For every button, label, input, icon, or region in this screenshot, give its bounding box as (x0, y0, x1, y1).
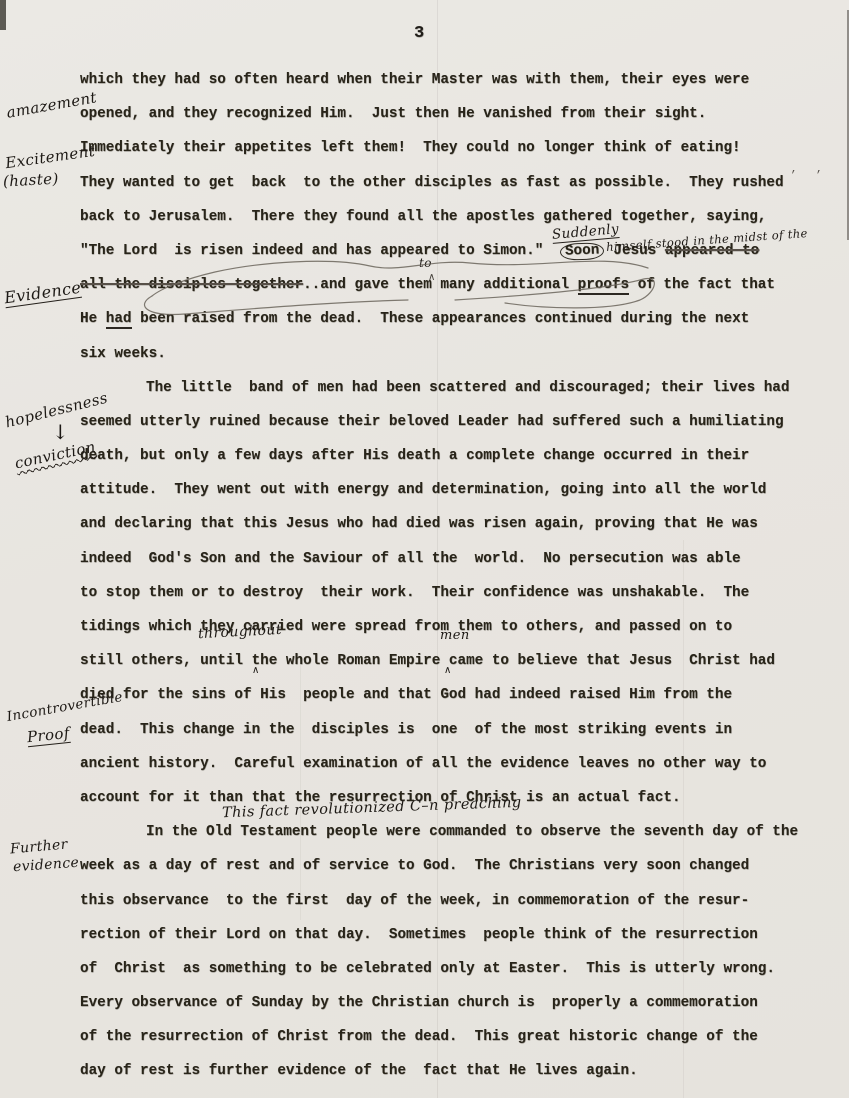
insert-to: to (419, 256, 432, 270)
typed-segment: He (80, 311, 106, 327)
typed-body: which they had so often heard when their… (80, 72, 810, 1098)
typed-line: ancient history. Careful examination of … (80, 756, 810, 790)
caret-mark-icon: ∧ (444, 665, 452, 676)
typed-segment: "The Lord is risen indeed and has appear… (80, 243, 560, 259)
typed-line-edited: all the disciples together..and gave the… (80, 277, 810, 311)
typed-line: died for the sins of His people and that… (80, 687, 810, 721)
typed-line: The little band of men had been scattere… (80, 380, 810, 414)
down-arrow-icon: ↓ (52, 420, 69, 444)
underlined-word: had (106, 311, 132, 329)
typed-line: day of rest is further evidence of the f… (80, 1063, 810, 1097)
typed-line: Immediately their appetites left them! T… (80, 140, 810, 174)
typed-line: to stop them or to destroy their work. T… (80, 585, 810, 619)
typed-line: death, but only a few days after His dea… (80, 448, 810, 482)
margin-note-further: Further (9, 837, 68, 858)
insert-men: men (440, 628, 470, 643)
typed-line: which they had so often heard when their… (80, 72, 810, 106)
typed-segment: ..and gave them many additional (303, 277, 578, 293)
typed-line: week as a day of rest and of service to … (80, 858, 810, 892)
caret-mark-icon: ∧ (252, 665, 260, 676)
typed-line: indeed God's Son and the Saviour of all … (80, 551, 810, 585)
typed-line: They wanted to get back to the other dis… (80, 175, 810, 209)
margin-note-evidence: Evidence (3, 278, 83, 309)
typed-line: attitude. They went out with energy and … (80, 482, 810, 516)
typed-line: this observance to the first day of the … (80, 893, 810, 927)
typed-segment: still others, until (80, 653, 252, 669)
typed-line: rection of their Lord on that day. Somet… (80, 927, 810, 961)
underlined-word: proofs (578, 277, 629, 295)
margin-note-further-evidence: evidence (13, 855, 80, 876)
typed-line-edited: "The Lord is risen indeed and has appear… (80, 243, 810, 277)
stray-pencil-marks: ’ ’ (790, 170, 828, 182)
typed-line: and declaring that this Jesus who had di… (80, 516, 810, 550)
typed-segment: the whole Roman Empire (252, 653, 441, 669)
typed-segment: of the fact that (629, 277, 775, 293)
scanned-document-page: 3 which they had so often heard when the… (0, 0, 849, 1098)
typed-line: In the Old Testament people were command… (80, 824, 810, 858)
circled-word: Soon (560, 242, 605, 261)
scan-edge-artifact (0, 0, 6, 30)
margin-note-haste: (haste) (3, 170, 60, 191)
typed-segment: came to believe that Jesus Christ had (440, 653, 775, 669)
typed-segment: been raised from the dead. These appeara… (132, 311, 750, 327)
typed-line: Every observance of Sunday by the Christ… (80, 995, 810, 1029)
typed-line-edited: He had been raised from the dead. These … (80, 311, 810, 345)
typed-line: seemed utterly ruined because their belo… (80, 414, 810, 448)
margin-note-proof: Proof (26, 724, 71, 747)
typed-line: of the resurrection of Christ from the d… (80, 1029, 810, 1063)
page-number: 3 (414, 24, 424, 43)
typed-line: opened, and they recognized Him. Just th… (80, 106, 810, 140)
caret-mark-icon: ∧ (428, 272, 436, 283)
typed-line: six weeks. (80, 346, 810, 380)
struck-text: all the disciples together (80, 277, 303, 293)
typed-line: of Christ as something to be celebrated … (80, 961, 810, 995)
typed-line: dead. This change in the disciples is on… (80, 722, 810, 756)
